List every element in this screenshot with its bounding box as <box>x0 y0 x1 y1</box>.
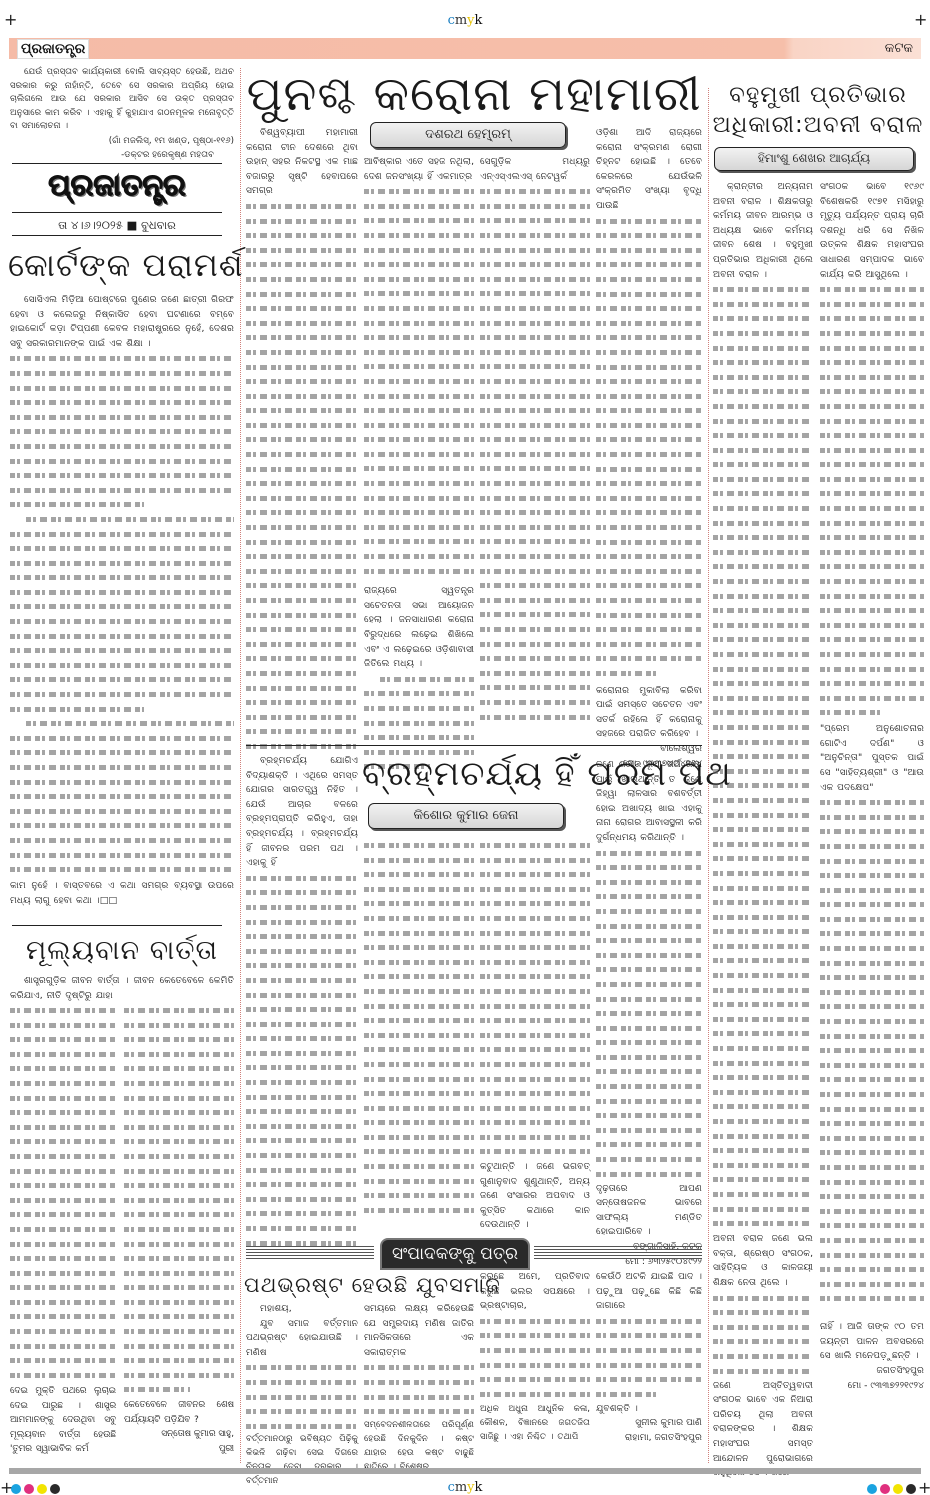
cmyk-k: k <box>475 1480 483 1495</box>
article-col-2-opening: ଆବିଷ୍କାର ଏତେ ସହଜ ନଥିଲା, ଦେଶ ଜନସଂଖ୍ୟା ହିଁ… <box>364 155 474 184</box>
publication-date: ତା ୪।୬।୨୦୨୫ ■ ବୁଧବାର <box>58 218 176 232</box>
article-byline-text: ଦଶରଥ ହେମ୍ବ୍ରମ୍ <box>425 127 511 142</box>
editorial-headline-text: କୋର୍ଟଙ୍କ ପରାମର୍ଶ <box>8 246 244 284</box>
letter-col-2-end: ସମ୍ବେଦନଶୀଳତାରେ ପରିପୂର୍ଣ୍ଣ ହେଉଛି ଦିନକୁଦିନ… <box>364 1418 474 1474</box>
column-headline: ମୂଲ୍ୟବାନ ବାର୍ତ୍ତା <box>8 928 236 974</box>
cmyk-c: c <box>448 1480 455 1495</box>
column-closing-text: ଦେଇ ମୁକ୍ତି ପଥରେ ଲୁଚାଇ ଦେଇ ପାରୁଛ । ଶାସ୍ତ୍… <box>10 1384 116 1457</box>
article-col-4-text <box>596 214 702 684</box>
article2-col-3: କଟୁଥାନ୍ତି । ଜଣେ ଭଗବତ୍ ଗୁଣାନୁବାଦ ଶୁଣୁଥାନ୍… <box>480 838 590 1233</box>
divider-rule <box>246 745 702 746</box>
letter-col-4-text <box>596 1314 702 1402</box>
letters-rule-right <box>534 1246 702 1260</box>
article2-col-4: ଜଣେ ଶରୀର ରୂପୀ ତାର୍ଥ ରକ୍ଷା ପାଇଁ ଖାଉଥାନ୍ତି… <box>596 758 702 1269</box>
profile-col-1-text <box>713 282 813 1232</box>
column-body-text-left <box>10 1003 116 1383</box>
editorial-headline: କୋର୍ଟଙ୍କ ପରାମର୍ଶ <box>8 240 236 290</box>
article2-byline-text: କିଶୋର କୁମାର ଜେନା <box>414 808 519 823</box>
column-opening: ଶାସ୍ତ୍ରଗୁଡ଼ିକ ଜୀବନ ବାର୍ତ୍ତା । ଜୀବନ କେତେବ… <box>10 974 234 1003</box>
cmyk-label-top: cmyk <box>0 13 930 28</box>
profile-col-1-text-b <box>713 1291 813 1379</box>
editorial-closing: କାମ ନୁହେଁ । ବାସ୍ତବରେ ଏ କଥା ସମଗ୍ର ବ୍ୟବସ୍ଥ… <box>10 879 234 908</box>
cmyk-k: k <box>475 13 483 28</box>
letter-col-2: ସମୟରେ ଲକ୍ଷ୍ୟ କରିହେଉଛି ଯେ ସମ୍ପ୍ରଦାୟ ମଣିଷ … <box>364 1302 474 1474</box>
article2-col-1-text <box>246 871 358 1251</box>
column-headline-text: ମୂଲ୍ୟବାନ ବାର୍ତ୍ତା <box>26 935 218 966</box>
letter-col-4-end: ଯୁବଶକ୍ତି । <box>596 1402 702 1417</box>
column-closing-left: ଦେଇ ମୁକ୍ତି ପଥରେ ଲୁଚାଇ ଦେଇ ପାରୁଛ । ଶାସ୍ତ୍… <box>10 1384 116 1457</box>
article-col-4-opening: ଓଡ଼ିଶା ଆଦି ରାଜ୍ୟରେ କରୋନା ସଂକ୍ରମଣ ରୋଗୀ ଚି… <box>596 126 702 214</box>
letter-col-3-opening: କରୁଛେ ଅମେ, ପ୍ରତିବାଦ କରୁଛି ଭଲର ସପକ୍ଷରେ । … <box>480 1270 590 1314</box>
left-column: ଯେଉଁ ପ୍ରସ୍ତାବ କାର୍ଯ୍ୟକାରୀ ବୋଲି ସାବ୍ୟସ୍ତ … <box>10 66 234 163</box>
article2-opening: ବ୍ରହ୍ମଚର୍ଯ୍ୟ ଯୋଗିଏ ବିଦ୍ୟାଶକ୍ତି । ଏଥିରେ ସ… <box>246 754 358 871</box>
letter-col-3-end: ଅଧିକ ଅଧୁନା ଆଧୁନିକ କଳା, କୌଶଳ, ବିଜ୍ଞାନରେ ଜ… <box>480 1402 590 1444</box>
quote-author: -ଡକ୍ଟର ହରେକୃଷ୍ଣ ମହତାବ <box>10 148 214 163</box>
letter-opening: ଯୁବ ସମାଜ ବର୍ତ୍ତମାନ ପଥଭ୍ରଷ୍ଟ ହୋଇଯାଉଛି । ମ… <box>246 1317 358 1361</box>
column-end-text: କେତେବେଳେ ଜୀବନର ଶେଷ ପର୍ଯ୍ୟାୟଟି ପଡ଼ିଯିବ ? <box>124 1398 234 1427</box>
article-headline-text: ପୁନଶ୍ଚ କରୋନା ମହାମାରୀ <box>246 66 701 122</box>
profile-mid-snippet: ଅବନୀ ବରାଳ ଜଣେ ଭଲ ବକ୍ତା, ଶ୍ରେଷ୍ଠ ସଂଗଠକ, ସ… <box>713 1232 813 1290</box>
cmyk-label-bottom: cmyk <box>0 1480 930 1495</box>
masthead-logo: ପ୍ରଜାତନ୍ତ୍ର <box>48 166 186 206</box>
article-col-1-text <box>246 199 358 769</box>
divider-rule <box>12 235 222 236</box>
cmyk-m: m <box>455 13 467 28</box>
article-col-3: ସେଗୁଡ଼ିକ ମଧ୍ୟରୁ ଏନ୍ଏସ୍‌ଏଲଏସ୍ ନେଟୱର୍କ <box>480 155 590 729</box>
divider-rule <box>12 925 222 926</box>
divider-rule <box>12 163 222 164</box>
article-col-4: ଓଡ଼ିଶା ଆଦି ରାଜ୍ୟରେ କରୋନା ସଂକ୍ରମଣ ରୋଗୀ ଚି… <box>596 126 702 771</box>
masthead-logo-small: ପ୍ରଜାତନ୍ତ୍ର <box>17 39 89 59</box>
article2-col-2 <box>364 838 474 1218</box>
article-col-1: ବିଶ୍ୱବ୍ୟାପୀ ମହାମାରୀ କରୋନା ଚୀନ ଦେଶରେ ଥିବା… <box>246 126 358 769</box>
letter-author-place: ରାହାମା, ଜଗତସିଂହପୁର <box>596 1431 702 1446</box>
editorial-quote-text: ଯେଉଁ ପ୍ରସ୍ତାବ କାର୍ଯ୍ୟକାରୀ ବୋଲି ସାବ୍ୟସ୍ତ … <box>10 66 234 134</box>
profile-author-place: ଜଗତସିଂହପୁର <box>820 1364 924 1379</box>
profile-author-phone: ମୋ - ୯୩୩୭୨୨୧୯୨୪ <box>820 1379 924 1394</box>
article-col-2-snippet: ରାଜ୍ୟରେ ସ୍ୱତନ୍ତ୍ର ସଚେତନତା ସଭା ଆୟୋଜନ ହେଲା… <box>364 584 474 672</box>
quote-source: (ଗାଁ ମଜଲିସ୍, ୧ମ ଖଣ୍ଡ, ପୃଷ୍ଠା-୧୧୬) <box>10 134 234 149</box>
article-col-3-opening: ସେଗୁଡ଼ିକ ମଧ୍ୟରୁ ଏନ୍ଏସ୍‌ଏଲଏସ୍ ନେଟୱର୍କ <box>480 155 590 184</box>
article2-byline: କିଶୋର କୁମାର ଜେନା <box>368 803 564 829</box>
letter-col-4-opening: କେଉଁଠି ଅଟକି ଯାଇଛି ପାଦ । ପଢ଼ୁଆ ପଢ଼ୁଛେ କିଛ… <box>596 1270 702 1314</box>
cmyk-m: m <box>455 1480 467 1495</box>
letter-col-3: କରୁଛେ ଅମେ, ପ୍ରତିବାଦ କରୁଛି ଭଲର ସପକ୍ଷରେ । … <box>480 1270 590 1444</box>
page-header-band: ପ୍ରଜାତନ୍ତ୍ର କଟକ <box>9 38 921 59</box>
editorial-opening: ସୋସିଏଲ ମିଡ଼ିଆ ପୋଷ୍ଟରେ ପୁଣେର ଜଣେ ଛାତ୍ରୀ ଗ… <box>10 293 234 351</box>
divider-rule <box>12 212 222 213</box>
letter-col-2-text <box>364 1360 474 1418</box>
editorial-body: ସୋସିଏଲ ମିଡ଼ିଆ ପୋଷ୍ଟରେ ପୁଣେର ଜଣେ ଛାତ୍ରୀ ଗ… <box>10 293 234 909</box>
column-body: ଶାସ୍ତ୍ରଗୁଡ଼ିକ ଜୀବନ ବାର୍ତ୍ତା । ଜୀବନ କେତେବ… <box>10 974 234 1003</box>
article2-headline: ବ୍ରହ୍ମଚର୍ଯ୍ୟ ହିଁ ପରମ ପଥ <box>362 748 592 800</box>
letter-salutation: ମହାଶୟ, <box>246 1302 358 1317</box>
masthead: ପ୍ରଜାତନ୍ତ୍ର <box>12 166 222 206</box>
profile-byline-text: ହିମାଂଶୁ ଶେଖର ଆଚାର୍ଯ୍ୟ <box>758 151 870 165</box>
profile-quote-snippet: "ପ୍ରେମ ଅନୁଶୋଚନାର ଗୋଟିଏ ଦର୍ପଣ" ଓ "ଅନୁଚିନ୍… <box>820 722 924 795</box>
cmyk-y: y <box>467 13 474 28</box>
profile-col-1: କ୍ରାନ୍ତୀର ଅନ୍ୟନାମ ଅବନୀ ବରାଳ । ଶିକ୍ଷକତାରୁ… <box>713 180 813 1481</box>
footer-rule <box>9 1468 921 1474</box>
letters-rule-left <box>246 1246 374 1260</box>
letter-author: ସୁନୀଲ କୁମାର ପାଣି <box>596 1416 702 1431</box>
letter-col-3-text <box>480 1314 590 1402</box>
profile-opening: କ୍ରାନ୍ତୀର ଅନ୍ୟନାମ ଅବନୀ ବରାଳ । ଶିକ୍ଷକତାରୁ… <box>713 180 813 282</box>
profile-closing-2: ନାହିଁ । ଆଜି ତାଙ୍କ ୯୦ ତମ ଜୟନ୍ତୀ ପାଳନ ଅବସର… <box>820 1320 924 1364</box>
letter-col-4: କେଉଁଠି ଅଟକି ଯାଇଛି ପାଦ । ପଢ଼ୁଆ ପଢ଼ୁଛେ କିଛ… <box>596 1270 702 1446</box>
article2-closing: ଦୃଢ଼ତାରେ ଆପଣ ସନ୍ତୋଷଜନକ ଭାବରେ ସାଫଲ୍ୟ ମଣ୍ଡ… <box>596 1182 702 1240</box>
profile-headline-line-1: ବହୁମୁଖୀ ପ୍ରତିଭାର <box>712 80 924 110</box>
profile-byline: ହିମାଂଶୁ ଶେଖର ଆଚାର୍ଯ୍ୟ <box>714 147 914 171</box>
profile-col-2: ସଂଗଠକ ଭାବେ ୧୯୬୯ ବିଶେଷକରି ୧୯୭୧ ମସିହାରୁ ମୃ… <box>820 180 924 1393</box>
article-col-2: ଆବିଷ୍କାର ଏତେ ସହଜ ନଥିଲା, ଦେଶ ଜନସଂଖ୍ୟା ହିଁ… <box>364 155 474 774</box>
cmyk-y: y <box>467 1480 474 1495</box>
letter-headline-text: ପଥଭ୍ରଷ୍ଟ ହେଉଛି ଯୁବସମାଜ <box>244 1273 501 1297</box>
profile-col-2-text <box>820 282 924 722</box>
column-signoff: କେତେବେଳେ ଜୀବନର ଶେଷ ପର୍ଯ୍ୟାୟଟି ପଡ଼ିଯିବ ? … <box>124 1398 234 1456</box>
article-col-3-text <box>480 184 590 729</box>
letters-section-label-text: ସଂପାଦକଙ୍କୁ ପତ୍ର <box>392 1244 518 1264</box>
profile-headline: ବହୁମୁଖୀ ପ୍ରତିଭାର ଅଧିକାରୀ:ଅବନୀ ବରାଳ <box>712 80 924 140</box>
column-author: ସନ୍ତୋଷ କୁମାର ସାହୁ, <box>124 1427 234 1442</box>
article-byline: ଦଶରଥ ହେମ୍ବ୍ରମ୍ <box>370 122 566 148</box>
letter-col-2-opening: ସମୟରେ ଲକ୍ଷ୍ୟ କରିହେଉଛି ଯେ ସମ୍ପ୍ରଦାୟ ମଣିଷ … <box>364 1302 474 1360</box>
article2-col-3-text <box>480 838 590 1160</box>
article-col-2-text <box>364 184 474 584</box>
profile-col-2-text-b <box>820 795 924 1320</box>
cmyk-c: c <box>448 13 455 28</box>
article2-col-1: ବ୍ରହ୍ମଚର୍ଯ୍ୟ ଯୋଗିଏ ବିଦ୍ୟାଶକ୍ତି । ଏଥିରେ ସ… <box>246 754 358 1251</box>
profile-closing: ଜଣେ ଅସ୍ତିତ୍ୱବାଦୀ ସଂଗଠକ ଭାବେ ଏକ ନିଆରା ପରି… <box>713 1379 813 1481</box>
column-author-place: ପୁରୀ <box>124 1442 234 1457</box>
article2-col-4-opening: ଜଣେ ଶରୀର ରୂପୀ ତାର୍ଥ ରକ୍ଷା ପାଇଁ ଖାଉଥାନ୍ତି… <box>596 758 702 846</box>
profile-headline-line-2: ଅଧିକାରୀ:ଅବନୀ ବରାଳ <box>712 110 924 140</box>
editorial-body-text <box>10 351 234 879</box>
article-opening: ବିଶ୍ୱବ୍ୟାପୀ ମହାମାରୀ କରୋନା ଚୀନ ଦେଶରେ ଥିବା… <box>246 126 358 199</box>
profile-col-2-opening: ସଂଗଠକ ଭାବେ ୧୯୬୯ ବିଶେଷକରି ୧୯୭୧ ମସିହାରୁ ମୃ… <box>820 180 924 282</box>
article-headline: ପୁନଶ୍ଚ କରୋନା ମହାମାରୀ <box>246 62 702 126</box>
article2-col-3-closing: କଟୁଥାନ୍ତି । ଜଣେ ଭଗବତ୍ ଗୁଣାନୁବାଦ ଶୁଣୁଥାନ୍… <box>480 1160 590 1233</box>
dateline: ତା ୪।୬।୨୦୨୫ ■ ବୁଧବାର <box>12 214 222 234</box>
letters-section-label: ସଂପାଦକଙ୍କୁ ପତ୍ର <box>380 1238 530 1270</box>
letter-col-1-text <box>246 1360 358 1432</box>
edition-city: କଟକ <box>885 40 913 57</box>
article2-col-4-text <box>596 846 702 1182</box>
column-body-text-right <box>124 1003 234 1397</box>
letter-col-1: ମହାଶୟ, ଯୁବ ସମାଜ ବର୍ତ୍ତମାନ ପଥଭ୍ରଷ୍ଟ ହୋଇଯା… <box>246 1302 358 1488</box>
letter-headline: ପଥଭ୍ରଷ୍ଟ ହେଉଛି ଯୁବସମାଜ <box>244 1270 480 1300</box>
article-closing: କରୋନାର ମୁକାବିଲା କରିବା ପାଇଁ ସମସ୍ତେ ସଚେତନ … <box>596 684 702 742</box>
